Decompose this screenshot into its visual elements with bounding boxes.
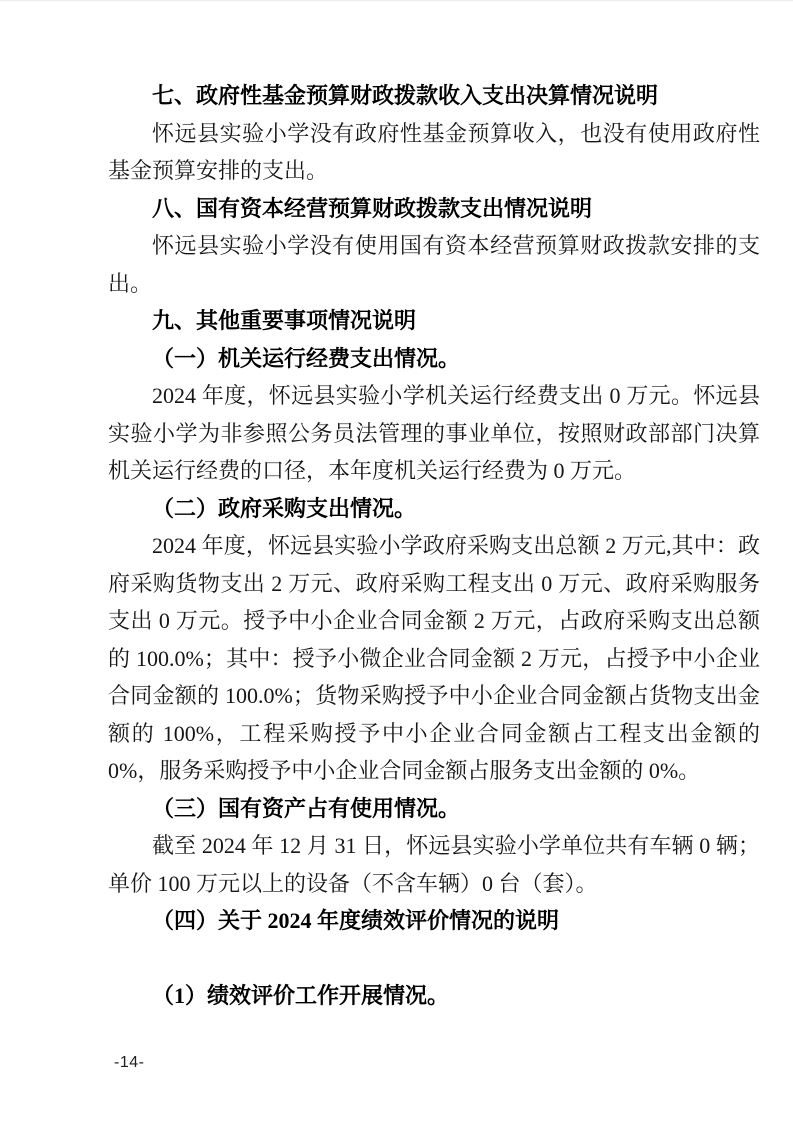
paragraph-gov-fund-budget: 怀远县实验小学没有政府性基金预算收入，也没有使用政府性基金预算安排的支出。 bbox=[108, 115, 760, 190]
page-number: -14- bbox=[114, 1053, 144, 1073]
subsection-heading-operating-expenses: （一）机关运行经费支出情况。 bbox=[108, 340, 760, 378]
document-page: { "page": { "number_label": "-14-" }, "d… bbox=[0, 0, 793, 1122]
section-heading-gov-fund-budget: 七、政府性基金预算财政拨款收入支出决算情况说明 bbox=[108, 77, 760, 115]
paragraph-gov-procurement: 2024 年度，怀远县实验小学政府采购支出总额 2 万元,其中：政府采购货物支出… bbox=[108, 527, 760, 790]
blank-line bbox=[108, 940, 760, 978]
subsection-heading-state-assets: （三）国有资产占有使用情况。 bbox=[108, 790, 760, 828]
paragraph-state-assets: 截至 2024 年 12 月 31 日，怀远县实验小学单位共有车辆 0 辆；单价… bbox=[108, 827, 760, 902]
paragraph-operating-expenses: 2024 年度，怀远县实验小学机关运行经费支出 0 万元。怀远县实验小学为非参照… bbox=[108, 377, 760, 490]
section-heading-other-important-matters: 九、其他重要事项情况说明 bbox=[108, 302, 760, 340]
subsection-heading-gov-procurement: （二）政府采购支出情况。 bbox=[108, 490, 760, 528]
subsection-heading-performance-work: （1）绩效评价工作开展情况。 bbox=[108, 977, 760, 1015]
subsection-heading-performance-evaluation: （四）关于 2024 年度绩效评价情况的说明 bbox=[108, 902, 760, 940]
document-content: 七、政府性基金预算财政拨款收入支出决算情况说明 怀远县实验小学没有政府性基金预算… bbox=[108, 77, 760, 1015]
section-heading-state-capital-budget: 八、国有资本经营预算财政拨款支出情况说明 bbox=[108, 190, 760, 228]
paragraph-state-capital-budget: 怀远县实验小学没有使用国有资本经营预算财政拨款安排的支出。 bbox=[108, 227, 760, 302]
